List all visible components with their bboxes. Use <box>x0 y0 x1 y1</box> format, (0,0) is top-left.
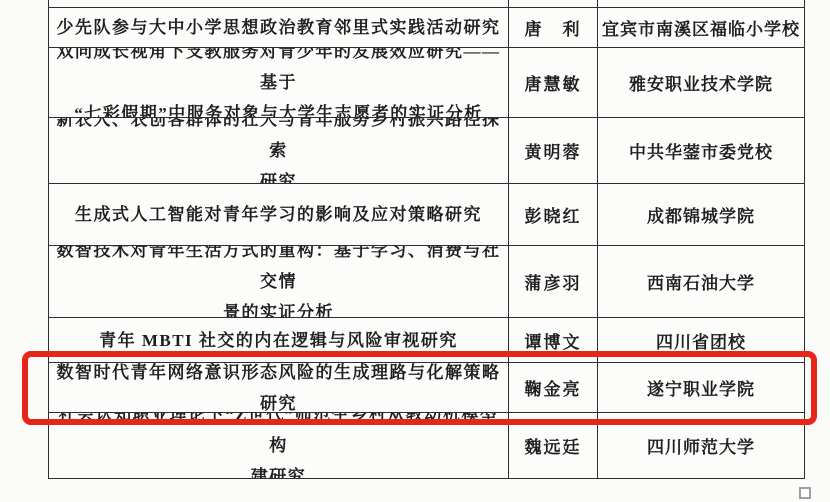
project-title: 新农人、农创客群体的壮大与青年服务乡村振兴路径探索 研究 <box>49 118 509 183</box>
person-name: 彭晓红 <box>509 184 598 245</box>
table-row: 生成式人工智能对青年学习的影响及应对策略研究 彭晓红 成都锦城学院 <box>49 183 804 245</box>
project-title: 数智技术对青年生活方式的重构：基于学习、消费与社交情 景的实证分析 <box>49 246 509 317</box>
project-title: 生成式人工智能对青年学习的影响及应对策略研究 <box>49 184 509 245</box>
project-title: 少先队参与大中小学思想政治教育邻里式实践活动研究 <box>49 8 509 47</box>
table-row: 数智技术对青年生活方式的重构：基于学习、消费与社交情 景的实证分析 蒲彦羽 西南… <box>49 245 804 317</box>
institution: 中共华蓥市委党校 <box>598 118 804 183</box>
person-name-cell <box>509 0 598 7</box>
project-title: 社会认知职业理论下“Z世代”师范生乡村从教动机模型构 建研究 <box>49 413 509 478</box>
project-title: 数智时代青年网络意识形态风险的生成理路与化解策略研究 <box>49 363 509 412</box>
institution: 四川师范大学 <box>598 413 804 478</box>
person-name: 鞠金亮 <box>509 363 598 412</box>
project-title-cell <box>49 0 509 7</box>
table-row: 新农人、农创客群体的壮大与青年服务乡村振兴路径探索 研究 黄明蓉 中共华蓥市委党… <box>49 117 804 183</box>
institution: 雅安职业技术学院 <box>598 48 804 117</box>
person-name: 蒲彦羽 <box>509 246 598 317</box>
table-resize-handle[interactable] <box>799 487 811 499</box>
institution: 遂宁职业学院 <box>598 363 804 412</box>
project-title: 青年 MBTI 社交的内在逻辑与风险审视研究 <box>49 318 509 362</box>
institution: 西南石油大学 <box>598 246 804 317</box>
table-row-partial <box>49 0 804 7</box>
person-name: 魏远廷 <box>509 413 598 478</box>
person-name: 黄明蓉 <box>509 118 598 183</box>
table-row-highlighted: 数智时代青年网络意识形态风险的生成理路与化解策略研究 鞠金亮 遂宁职业学院 <box>49 362 804 412</box>
document-table: 少先队参与大中小学思想政治教育邻里式实践活动研究 唐 利 宜宾市南溪区福临小学校… <box>48 0 805 479</box>
institution: 宜宾市南溪区福临小学校 <box>598 8 804 47</box>
table-row: 社会认知职业理论下“Z世代”师范生乡村从教动机模型构 建研究 魏远廷 四川师范大… <box>49 412 804 478</box>
institution: 四川省团校 <box>598 318 804 362</box>
table-row: 青年 MBTI 社交的内在逻辑与风险审视研究 谭博文 四川省团校 <box>49 317 804 362</box>
institution: 成都锦城学院 <box>598 184 804 245</box>
table-row: 双向成长视角下支教服务对青少年的发展效应研究——基于 “七彩假期”中服务对象与大… <box>49 47 804 117</box>
person-name: 唐慧敏 <box>509 48 598 117</box>
table-row: 少先队参与大中小学思想政治教育邻里式实践活动研究 唐 利 宜宾市南溪区福临小学校 <box>49 7 804 47</box>
institution-cell <box>598 0 804 7</box>
person-name: 谭博文 <box>509 318 598 362</box>
person-name: 唐 利 <box>509 8 598 47</box>
project-title: 双向成长视角下支教服务对青少年的发展效应研究——基于 “七彩假期”中服务对象与大… <box>49 48 509 117</box>
